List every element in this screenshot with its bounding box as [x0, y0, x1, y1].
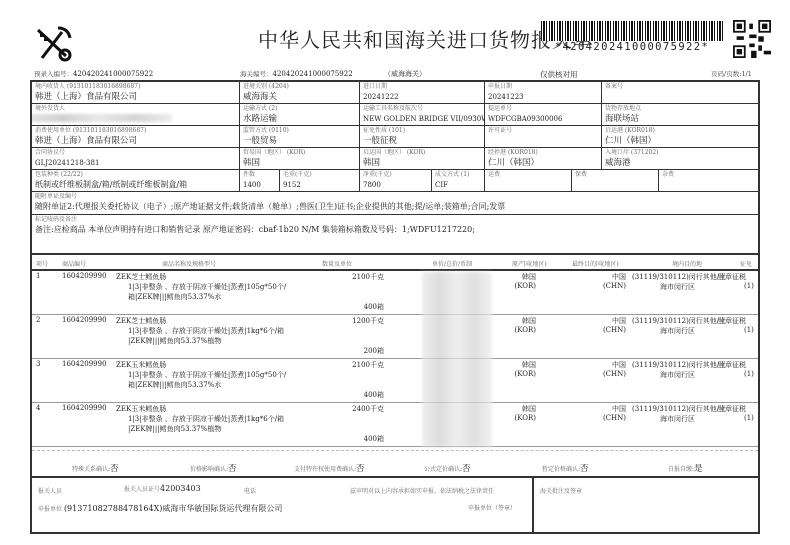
- field-bill-no: 提运单号WDFCGBA09300006: [485, 104, 602, 126]
- item-spec-line2: |ZEK牌|||鳕鱼肉53.37%植物: [128, 424, 221, 434]
- item-dest: 中国: [612, 360, 626, 370]
- confirm-self-pay: 自报自缴:是: [668, 462, 703, 474]
- item-domestic-line2: 海市闵行区: [660, 282, 695, 292]
- field-consumer: 消费使用单位 (913101183016898687)韩进（上海）食品有限公司: [32, 126, 240, 148]
- item-levy-code: (1): [744, 326, 754, 334]
- table-row: 11604209990ZEK芝士鳕鱼肠1|3|非整条 、存放于阴凉干燥处|蒸煮|…: [32, 271, 758, 315]
- field-net-weight: 净重(千克)7800: [360, 170, 432, 192]
- item-domestic-line2: 海市闵行区: [660, 326, 695, 336]
- item-quantity: 2100千克: [352, 360, 384, 370]
- item-code: 1604209990: [62, 404, 107, 412]
- item-levy-code: (1): [744, 370, 754, 378]
- customs-number: 海关编号：420420241000075922: [240, 69, 353, 78]
- field-levy-nature: 征免性质 (101)一般征税: [360, 126, 485, 148]
- field-transit-port: 经停港 (KOR018)仁川（韩国）: [485, 148, 602, 170]
- confirm-price-influence: 价格影响确认:否: [190, 462, 237, 474]
- customs-office: （威海海关）: [384, 69, 426, 79]
- item-quantity: 2100千克: [352, 272, 384, 282]
- field-entry-port: 入境口岸 (371202)威海港: [602, 148, 758, 170]
- field-import-date: 进口日期20241222: [360, 82, 485, 104]
- item-package-count: 200箱: [364, 346, 384, 356]
- customs-annotation: 海关批注及签章: [540, 486, 582, 495]
- field-package-type: 包装种类 (22/22)纸制或纤维板制盒/箱/纸制或纤维板制盒/箱: [32, 170, 240, 192]
- item-domestic: (31119/310112)闵行其他/上: [632, 316, 726, 326]
- confirm-royalty: 支付特许权使用费确认:否: [294, 462, 365, 474]
- table-row: 21604209990ZEK芝士鳕鱼肠1|3|非整条 、存放于阴凉干燥处|蒸煮|…: [32, 315, 758, 359]
- declaring-unit-seal: 申报单位（签章）: [468, 503, 516, 512]
- field-remarks: 标记唛码及备注备注:应检商品 本单位声明持有进口和销售记录 原产地证密码：cba…: [32, 215, 758, 255]
- field-misc-fee: 杂费: [659, 170, 758, 192]
- item-domestic-line2: 海市闵行区: [660, 370, 695, 380]
- item-spec-line1: 1|3|非整条 、存放于阴凉干燥处|蒸煮|105g*50个/: [128, 282, 286, 292]
- item-spec-line2: 箱|ZEK牌|||鳕鱼肉53.37%水: [128, 292, 221, 302]
- item-code: 1604209990: [62, 316, 107, 324]
- item-dest-code: (CHN): [603, 326, 626, 334]
- item-name: ZEK芝士鳕鱼肠: [116, 272, 166, 282]
- item-name: ZEK芝士鳕鱼肠: [116, 316, 166, 326]
- item-dest: 中国: [612, 404, 626, 414]
- col-header-price: 单价/总价/币制: [432, 259, 472, 268]
- table-row: 41604209990ZEK玉米鳕鱼肠1|3|非整条 、存放于阴凉干燥处|蒸煮|…: [32, 403, 758, 447]
- item-quantity: 2400千克: [352, 404, 384, 414]
- item-package-count: 400箱: [364, 390, 384, 400]
- item-package-count: 400箱: [364, 434, 384, 444]
- col-header-origin: 原产国(地区): [512, 259, 547, 268]
- field-documents: 随附单证及编号随附单证2:代理报关委托协议（电子）;原产地证据文件;载货清单（舱…: [32, 192, 758, 215]
- barcode-text: *420420241000075922*: [541, 41, 723, 53]
- field-insurance: 保费: [572, 170, 659, 192]
- field-declare-date: 申报日期20241223: [485, 82, 602, 104]
- confirm-provisional-price: 暂定价格确认:否: [542, 462, 589, 474]
- item-number: 4: [36, 404, 40, 412]
- item-code: 1604209990: [62, 272, 107, 280]
- field-gross-weight: 毛重(千克)9152: [280, 170, 360, 192]
- redacted-consignor: [32, 114, 172, 122]
- declaration-form: 境内收货人 (913101183016898687)韩进（上海）食品有限公司 进…: [30, 80, 760, 534]
- item-origin-code: (KOR): [514, 370, 536, 378]
- field-transport-mode: 运输方式 (2)水路运输: [240, 104, 360, 126]
- field-consignee: 境内收货人 (913101183016898687)韩进（上海）食品有限公司: [32, 82, 240, 104]
- item-levy-code: (1): [744, 282, 754, 290]
- declaring-unit: 申报单位 (91371082788478164X)威海市华敏国际货运代理有限公司: [38, 503, 282, 514]
- item-dest-code: (CHN): [603, 370, 626, 378]
- confirm-special-relation: 特殊关系确认:否: [72, 462, 119, 474]
- item-origin: 韩国: [522, 404, 536, 414]
- item-code: 1604209990: [62, 360, 107, 368]
- declaration-statement: 兹申明对以上内容承担如实申报、依法纳税之法律责任: [350, 486, 494, 495]
- item-origin: 韩国: [522, 316, 536, 326]
- item-dest: 中国: [612, 272, 626, 282]
- field-pieces: 件数1400: [240, 170, 280, 192]
- field-supervision: 监管方式 (0110)一般贸易: [240, 126, 360, 148]
- page-indicator: 页码/页数:1/1: [711, 69, 752, 78]
- item-dest: 中国: [612, 316, 626, 326]
- redacted-prices: [422, 272, 492, 447]
- item-domestic: (31119/310112)闵行其他/上: [632, 360, 726, 370]
- item-name: ZEK玉米鳕鱼肠: [116, 404, 166, 414]
- confirm-formula-price: 公式定价确认:否: [424, 462, 471, 474]
- qr-code-icon: [733, 20, 771, 58]
- declarant-id: 报关人员证号42003403: [124, 484, 201, 493]
- col-header-code: 商品编号: [62, 259, 86, 268]
- field-entry-customs: 进境关别 (4204)威海海关: [240, 82, 360, 104]
- item-package-count: 400箱: [364, 302, 384, 312]
- field-record-no: 备案号: [602, 82, 758, 104]
- item-number: 1: [36, 272, 40, 280]
- field-consignor: 境外发货人: [32, 104, 240, 126]
- col-header-dest: 最终目的国(地区): [572, 259, 619, 268]
- item-levy: 照章征税: [718, 272, 746, 282]
- item-name: ZEK玉米鳕鱼肠: [116, 360, 166, 370]
- item-spec-line1: 1|3|非整条 、存放于阴凉干燥处|蒸煮|1kg*6个/箱: [128, 414, 284, 424]
- item-levy: 照章征税: [718, 360, 746, 370]
- item-spec-line1: 1|3|非整条 、存放于阴凉干燥处|蒸煮|105g*50个/: [128, 370, 286, 380]
- item-levy: 照章征税: [718, 404, 746, 414]
- item-spec-line2: 箱|ZEK牌|||鳕鱼肉53.37%水: [128, 380, 221, 390]
- item-origin-code: (KOR): [514, 326, 536, 334]
- item-dest-code: (CHN): [603, 282, 626, 290]
- col-header-no: 项号: [36, 259, 48, 268]
- item-levy: 照章征税: [718, 316, 746, 326]
- col-header-qty: 数量及单位: [322, 259, 352, 268]
- item-domestic: (31119/310112)闵行其他/上: [632, 272, 726, 282]
- field-departure-port: 启运港 (KOR018)仁川（韩国）: [602, 126, 758, 148]
- item-quantity: 1200千克: [352, 316, 384, 326]
- item-dest-code: (CHN): [603, 414, 626, 422]
- confirm-divider: [32, 450, 758, 451]
- field-storage-place: 货物存放地点海联场站: [602, 104, 758, 126]
- field-freight: 运费: [485, 170, 572, 192]
- col-header-name: 商品名称及规格型号: [162, 259, 216, 268]
- item-number: 3: [36, 360, 40, 368]
- customs-emblem-icon: [32, 22, 74, 64]
- footer-divider: [32, 476, 758, 478]
- phone-label: 电话: [244, 486, 256, 495]
- field-vessel: 运输工具名称及航次号NEW GOLDEN BRIDGE VII/0930W: [360, 104, 485, 126]
- watermark-text: 仅供核对用: [540, 69, 578, 80]
- declarant-label: 报关人员: [38, 486, 62, 495]
- col-header-levy: 征免: [740, 259, 752, 268]
- item-number: 2: [36, 316, 40, 324]
- footer-column-divider: [532, 476, 534, 532]
- field-contract-no: 合同协议号GLJ20241218-381: [32, 148, 240, 170]
- item-origin: 韩国: [522, 272, 536, 282]
- item-origin-code: (KOR): [514, 414, 536, 422]
- item-origin-code: (KOR): [514, 282, 536, 290]
- barcode: [541, 21, 723, 41]
- field-origin-country: 启运国（地区） (KOR)韩国: [360, 148, 485, 170]
- item-spec-line2: |ZEK牌|||鳕鱼肉53.37%植物: [128, 336, 221, 346]
- item-origin: 韩国: [522, 360, 536, 370]
- table-row: 31604209990ZEK玉米鳕鱼肠1|3|非整条 、存放于阴凉干燥处|蒸煮|…: [32, 359, 758, 403]
- item-levy-code: (1): [744, 414, 754, 422]
- item-spec-line1: 1|3|非整条 、存放于阴凉干燥处|蒸煮|1kg*6个/箱: [128, 326, 284, 336]
- col-header-domestic: 境内目的地: [672, 259, 702, 268]
- item-domestic: (31119/310112)闵行其他/上: [632, 404, 726, 414]
- field-trade-terms: 成交方式 (1)CIF: [432, 170, 485, 192]
- field-license-no: 许可证号: [485, 126, 602, 148]
- item-domestic-line2: 海市闵行区: [660, 414, 695, 424]
- pre-entry-number: 预录入编号：420420241000075922: [34, 69, 153, 78]
- field-trade-country: 贸易国（地区） (KOR)韩国: [240, 148, 360, 170]
